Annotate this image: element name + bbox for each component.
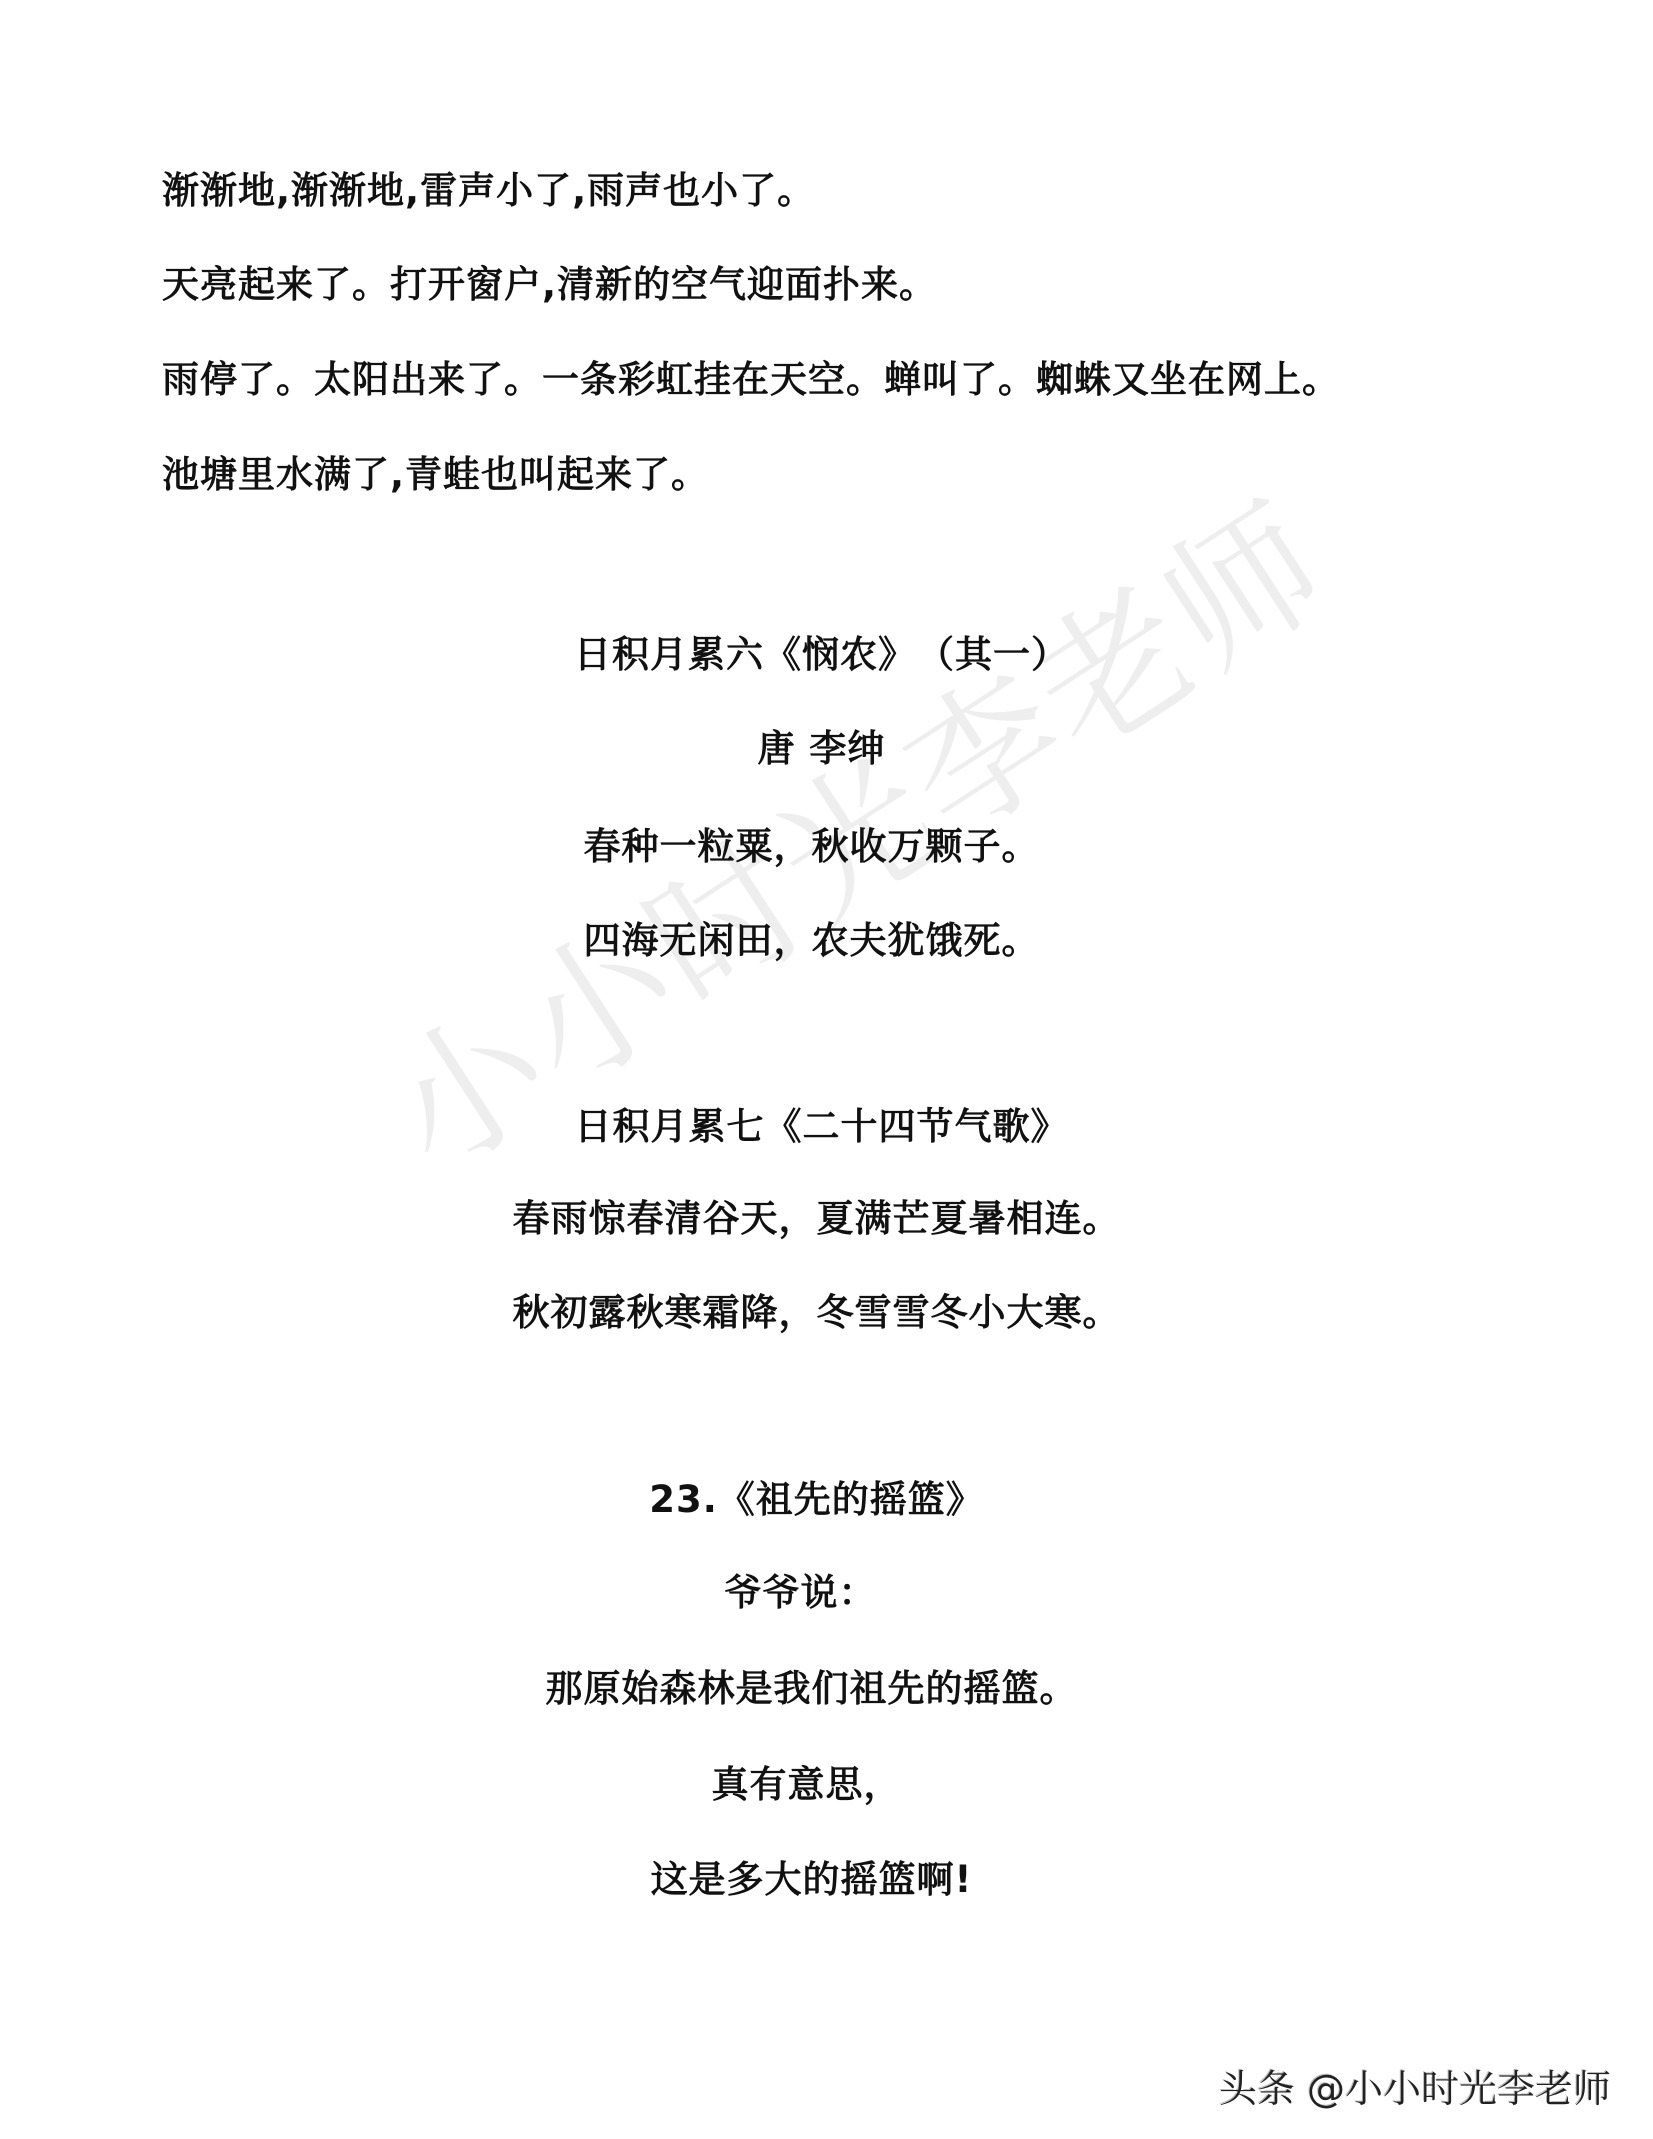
poem-line: 春种一粒粟，秋收万颗子。 — [0, 824, 1638, 870]
lesson-line: 真有意思， — [0, 1762, 1633, 1808]
lesson-line: 这是多大的摇篮啊! — [0, 1857, 1638, 1903]
source-watermark: 头条 @小小时光李老师 — [1219, 2058, 1611, 2113]
passage-line: 池塘里水满了,青蛙也叫起来了。 — [162, 452, 709, 498]
document-page: 小小时光李老师 渐渐地,渐渐地,雷声小了,雨声也小了。 天亮起来了。打开窗户,清… — [0, 0, 1653, 2139]
poem-line: 四海无闲田，农夫犹饿死。 — [0, 918, 1638, 964]
section-title-minnong: 日积月累六《悯农》 （其一） — [0, 632, 1648, 678]
passage-line: 天亮起来了。打开窗户,清新的空气迎面扑来。 — [162, 262, 937, 308]
lesson-line: 那原始森林是我们祖先的摇篮。 — [0, 1666, 1638, 1712]
lesson-title: 23.《祖先的摇篮》 — [0, 1477, 1643, 1523]
passage-line: 雨停了。太阳出来了。一条彩虹挂在天空。蝉叫了。蜘蛛又坐在网上。 — [162, 357, 1340, 403]
lesson-line: 爷爷说： — [0, 1570, 1627, 1616]
poem-author: 唐 李绅 — [0, 726, 1648, 772]
section-title-solar-terms: 日积月累七《二十四节气歌》 — [0, 1104, 1648, 1150]
poem-line: 秋初露秋寒霜降，冬雪雪冬小大寒。 — [0, 1290, 1643, 1336]
poem-line: 春雨惊春清谷天，夏满芒夏暑相连。 — [0, 1196, 1643, 1242]
passage-line: 渐渐地,渐渐地,雷声小了,雨声也小了。 — [162, 168, 815, 214]
